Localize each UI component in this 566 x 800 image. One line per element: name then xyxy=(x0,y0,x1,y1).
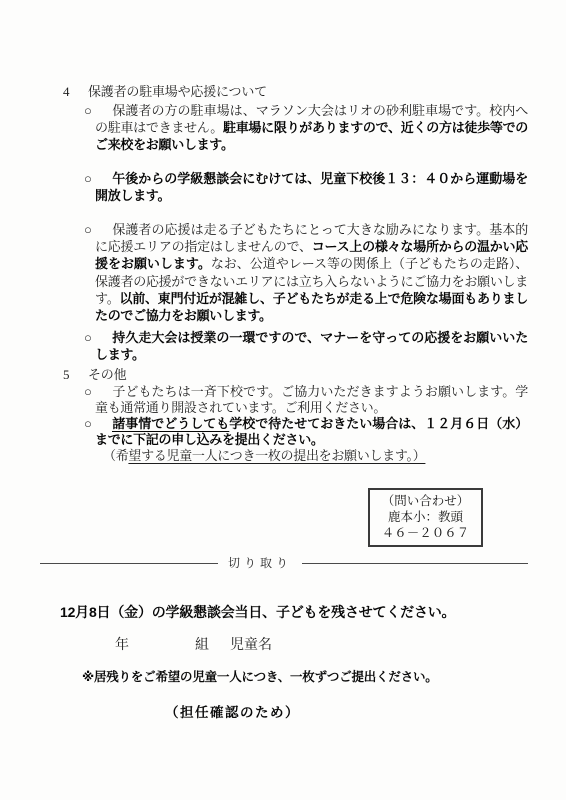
application-note: （希望する児童一人につき一枚の提出をお願いします。） xyxy=(103,448,566,464)
detach-form: 12月8日（金）の学級懇談会当日、子どもを残させてください。 年組児童名 ※居残… xyxy=(0,604,566,720)
section-5-other: 5その他 ○子どもたちは一斉下校です。ご協力いただきますようお願いします。学童も… xyxy=(0,367,566,464)
section-5-number: 5 xyxy=(63,367,88,383)
section-5-heading: 5その他 xyxy=(63,367,566,383)
contact-phone: ４６－２０６７ xyxy=(370,525,481,541)
section-4-parking-and-cheering: 4保護者の駐車場や応援について ○保護者の方の駐車場は、マラソン大会はリオの砂利… xyxy=(0,83,566,364)
cut-line-right-rule xyxy=(302,563,528,564)
section-4-title: 保護者の駐車場や応援について xyxy=(88,84,267,99)
bullet-waiting-application: ○諸事情でどうしても学校で待たせておきたい場合は、１２月６日（水）までに下記の申… xyxy=(95,416,528,448)
field-class-label: 組 xyxy=(195,638,209,653)
circle-bullet-icon: ○ xyxy=(84,416,112,432)
bullet-waiting-text-underlined: 諸事情でどうしても xyxy=(112,416,229,431)
field-year-label: 年 xyxy=(115,638,129,653)
section-4-number: 4 xyxy=(63,83,88,101)
contact-name: 鹿本小：教頭 xyxy=(370,509,481,525)
bullet-dismissal-text: 子どもたちは一斉下校です。ご協力いただきますようお願いします。学童も通常通り開設… xyxy=(95,384,528,415)
cut-line-label: 切り取り xyxy=(218,556,302,570)
circle-bullet-icon: ○ xyxy=(84,221,112,238)
contact-label: （問い合わせ） xyxy=(370,493,481,509)
bullet-dismissal: ○子どもたちは一斉下校です。ご協力いただきますようお願いします。学童も通常通り開… xyxy=(95,384,528,416)
form-note-teacher-confirmation: （担任確認のため） xyxy=(165,705,566,720)
bullet-cheering-text-bold-2: 以前、東門付近が混雑し、子どもたちが走る上で危険な場面もありましたのでご協力をお… xyxy=(95,291,528,323)
circle-bullet-icon: ○ xyxy=(84,384,112,400)
circle-bullet-icon: ○ xyxy=(84,329,112,346)
section-4-heading: 4保護者の駐車場や応援について xyxy=(63,83,566,101)
application-note-underlined: 望する児童一人につき一枚の提出をお願いします。） xyxy=(128,448,425,463)
bullet-parking: ○保護者の方の駐車場は、マラソン大会はリオの砂利駐車場です。校内への駐車はできま… xyxy=(95,102,528,154)
form-note-submission: ※居残りをご希望の児童一人につき、一枚ずつご提出ください。 xyxy=(82,670,566,685)
cut-line: 切り取り xyxy=(40,555,528,571)
cut-line-left-rule xyxy=(40,563,218,564)
form-fields-row: 年組児童名 xyxy=(0,638,566,653)
circle-bullet-icon: ○ xyxy=(84,102,112,119)
contact-box: （問い合わせ） 鹿本小：教頭 ４６－２０６７ xyxy=(368,488,483,547)
form-title: 12月8日（金）の学級懇談会当日、子どもを残させてください。 xyxy=(60,604,566,621)
bullet-playground-open: ○午後からの学級懇談会にむけては、児童下校後１３：４０から運動場を開放します。 xyxy=(95,170,528,204)
application-note-pre: （希 xyxy=(103,448,128,463)
bullet-manners-text: 持久走大会は授業の一環ですので、マナーを守っての応援をお願いいたします。 xyxy=(95,330,528,362)
field-name-label: 児童名 xyxy=(230,638,272,653)
circle-bullet-icon: ○ xyxy=(84,170,112,187)
scanned-notice-page: 4保護者の駐車場や応援について ○保護者の方の駐車場は、マラソン大会はリオの砂利… xyxy=(0,0,566,800)
bullet-manners: ○持久走大会は授業の一環ですので、マナーを守っての応援をお願いいたします。 xyxy=(95,329,528,363)
section-5-title: その他 xyxy=(88,367,126,382)
bullet-cheering-area: ○保護者の応援は走る子どもたちにとって大きな励みになります。基本的に応援エリアの… xyxy=(95,221,528,324)
bullet-playground-open-text: 午後からの学級懇談会にむけては、児童下校後１３：４０から運動場を開放します。 xyxy=(95,171,528,203)
